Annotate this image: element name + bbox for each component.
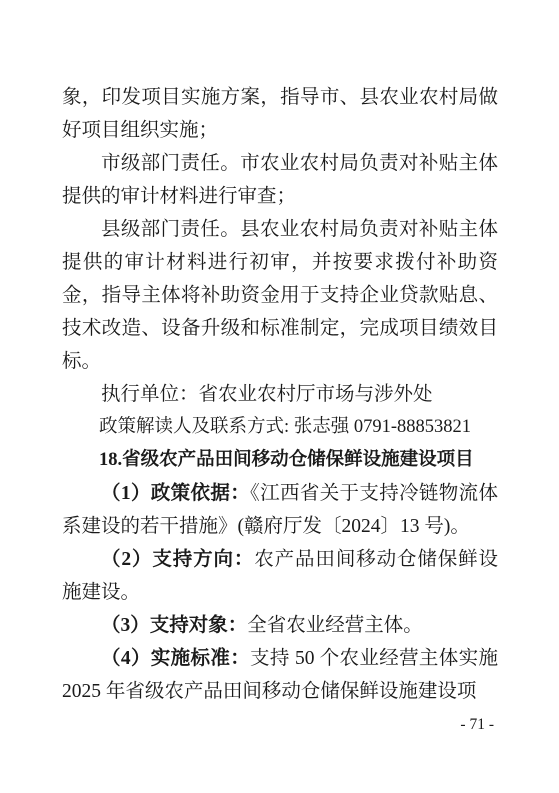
document-body: 象，印发项目实施方案，指导市、县农业农村局做好项目组织实施；市级部门责任。市农业… — [62, 81, 498, 708]
body-paragraph: 市级部门责任。市农业农村局负责对补贴主体提供的审计材料进行审查； — [62, 147, 498, 213]
page-number: - 71 - — [62, 708, 498, 741]
section-heading: 18.省级农产品田间移动仓储保鲜设施建设项目 — [62, 444, 498, 477]
body-paragraph: 县级部门责任。县农业农村局负责对补贴主体提供的审计材料进行初审，并按要求拨付补助… — [62, 213, 498, 378]
paragraph-text: 县级部门责任。县农业农村局负责对补贴主体提供的审计材料进行初审，并按要求拨付补助… — [62, 219, 498, 372]
body-paragraph: 执行单位：省农业农村厅市场与涉外处 — [62, 378, 498, 411]
labeled-paragraph: （4）实施标准：支持 50 个农业经营主体实施 2025 年省级农产品田间移动仓… — [62, 642, 498, 708]
paragraph-label: （1）政策依据： — [101, 483, 250, 504]
paragraph-text: 全省农业经营主体。 — [247, 615, 423, 636]
body-paragraph: 政策解读人及联系方式: 张志强 0791-88853821 — [62, 411, 498, 444]
paragraph-text: 市级部门责任。市农业农村局负责对补贴主体提供的审计材料进行审查； — [62, 153, 498, 207]
document-page: 象，印发项目实施方案，指导市、县农业农村局做好项目组织实施；市级部门责任。市农业… — [0, 0, 559, 793]
labeled-paragraph: （2）支持方向：农产品田间移动仓储保鲜设施建设。 — [62, 543, 498, 609]
paragraph-text: 政策解读人及联系方式: 张志强 0791-88853821 — [99, 417, 471, 437]
labeled-paragraph: （3）支持对象：全省农业经营主体。 — [62, 609, 498, 642]
paragraph-label: （2）支持方向： — [101, 549, 254, 570]
body-paragraph: 象，印发项目实施方案，指导市、县农业农村局做好项目组织实施； — [62, 81, 498, 147]
paragraph-text: 象，印发项目实施方案，指导市、县农业农村局做好项目组织实施； — [62, 87, 498, 141]
paragraph-label: （4）实施标准： — [101, 648, 250, 669]
paragraph-label: （3）支持对象： — [101, 615, 247, 636]
paragraph-text: 执行单位：省农业农村厅市场与涉外处 — [101, 384, 433, 405]
section-heading-text: 18.省级农产品田间移动仓储保鲜设施建设项目 — [99, 450, 474, 470]
labeled-paragraph: （1）政策依据：《江西省关于支持冷链物流体系建设的若干措施》(赣府厅发〔2024… — [62, 477, 498, 543]
